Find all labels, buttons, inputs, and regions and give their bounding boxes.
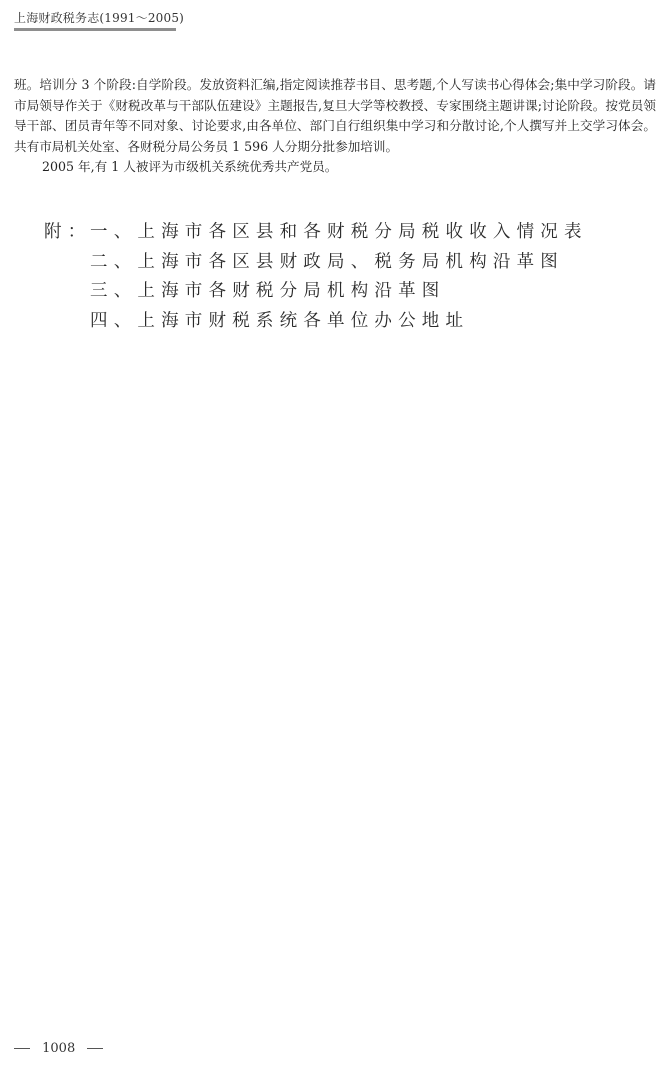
- appendix-label-spacer: [44, 307, 90, 337]
- appendix-item-2: 二、上海市各区县财政局、税务局机构沿革图: [90, 248, 564, 278]
- appendix-row: 三、上海市各财税分局机构沿革图: [44, 277, 588, 307]
- appendix-label-spacer: [44, 277, 90, 307]
- header-rule: [14, 28, 176, 31]
- paragraph-training: 班。培训分 3 个阶段:自学阶段。发放资料汇编,指定阅读推荐书目、思考题,个人写…: [14, 75, 656, 157]
- appendix-list: 附： 一、上海市各区县和各财税分局税收收入情况表 二、上海市各区县财政局、税务局…: [44, 218, 588, 336]
- appendix-row: 四、上海市财税系统各单位办公地址: [44, 307, 588, 337]
- appendix-item-4: 四、上海市财税系统各单位办公地址: [90, 307, 469, 337]
- page-number-dash-left: [14, 1048, 30, 1049]
- running-header: 上海财政税务志(1991～2005): [14, 10, 184, 26]
- appendix-label-spacer: [44, 248, 90, 278]
- appendix-row: 二、上海市各区县财政局、税务局机构沿革图: [44, 248, 588, 278]
- page-number: 1008: [42, 1041, 75, 1056]
- paragraph-award: 2005 年,有 1 人被评为市级机关系统优秀共产党员。: [14, 157, 656, 178]
- appendix-row: 附： 一、上海市各区县和各财税分局税收收入情况表: [44, 218, 588, 248]
- running-title: 上海财政税务志(1991～2005): [14, 11, 184, 25]
- page-footer: 1008: [14, 1041, 103, 1057]
- appendix-item-1: 一、上海市各区县和各财税分局税收收入情况表: [90, 218, 588, 248]
- body-text: 班。培训分 3 个阶段:自学阶段。发放资料汇编,指定阅读推荐书目、思考题,个人写…: [14, 75, 656, 178]
- appendix-label: 附：: [44, 218, 90, 248]
- appendix-item-3: 三、上海市各财税分局机构沿革图: [90, 277, 446, 307]
- page-number-dash-right: [87, 1048, 103, 1049]
